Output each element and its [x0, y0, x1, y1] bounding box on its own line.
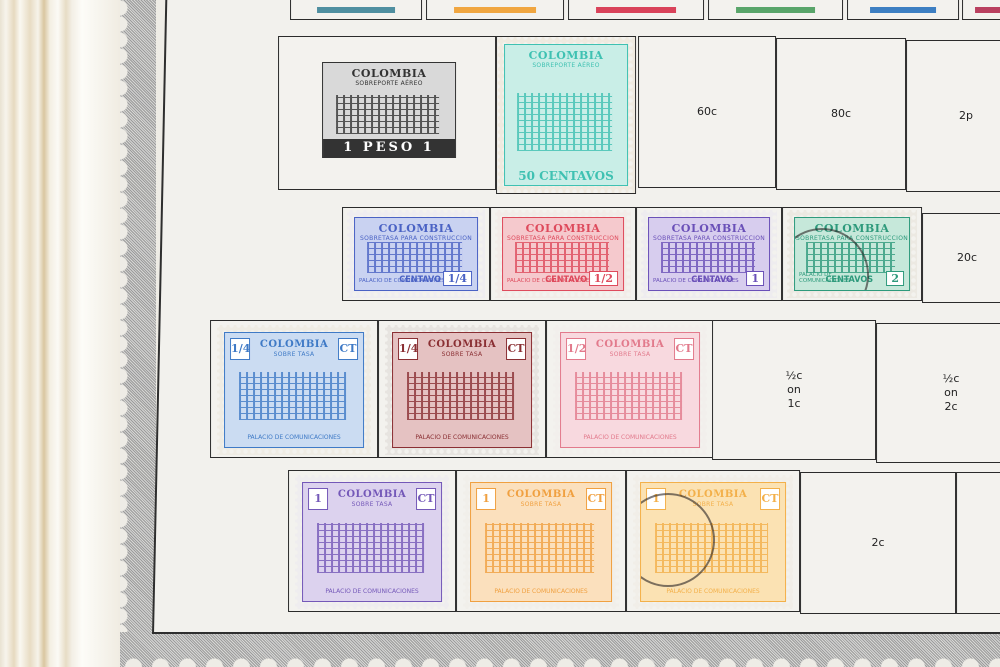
- stamp-design: COLOMBIASOBRE TASA1/2CTPALACIO DE COMUNI…: [560, 332, 700, 448]
- stamp-value-corner: 1: [308, 488, 328, 510]
- partial-stamp-fragment: [870, 7, 936, 13]
- top-row-partial-space: [426, 0, 564, 20]
- partial-stamp-fragment: [975, 7, 1000, 13]
- stamp-building-illustration: [661, 242, 755, 272]
- stamp-space: COLOMBIASOBRETASA PARA CONSTRUCCIONPALAC…: [636, 207, 782, 301]
- stamp-building-illustration: [239, 372, 347, 420]
- stamp-space: COLOMBIASOBRETASA PARA CONSTRUCCIONPALAC…: [782, 207, 922, 301]
- empty-stamp-space: 2c: [800, 472, 956, 614]
- stamp-building-illustration: [575, 372, 683, 420]
- stamp-caption: PALACIO DE COMUNICACIONES: [307, 588, 437, 595]
- stamp-value: 1/2: [589, 271, 618, 286]
- stamp-ct-corner: CT: [760, 488, 780, 510]
- stamp-value-corner: 1/2: [566, 338, 586, 360]
- empty-space-label: 2c: [872, 536, 885, 550]
- stamp[interactable]: COLOMBIASOBRETASA PARA CONSTRUCCIONPALAC…: [495, 210, 631, 298]
- stamp[interactable]: COLOMBIASOBREPORTE AÉREO1 PESO 1: [315, 55, 463, 165]
- stamp-building-illustration: [336, 95, 439, 135]
- page-border-pattern-bottom: [120, 632, 1000, 667]
- stamp-value-corner: 1: [476, 488, 496, 510]
- album-page-content: COLOMBIASOBREPORTE AÉREO1 PESO 1COLOMBIA…: [154, 0, 1000, 632]
- partial-stamp-fragment: [736, 7, 816, 13]
- stamp-ct-corner: CT: [506, 338, 526, 360]
- empty-stamp-space: [956, 472, 1000, 614]
- stamp-subtitle: SOBREPORTE AÉREO: [323, 80, 455, 87]
- stamp-caption: PALACIO DE COMUNICACIONES: [475, 588, 607, 595]
- stamp[interactable]: COLOMBIASOBRE TASA1/4CTPALACIO DE COMUNI…: [217, 325, 371, 455]
- stamp-value-corner: 1/4: [398, 338, 418, 360]
- stamp-building-illustration: [806, 242, 895, 272]
- empty-stamp-space: 2p: [906, 40, 1000, 192]
- stamp-subtitle: SOBRETASA PARA CONSTRUCCION: [649, 235, 769, 242]
- empty-space-label: 20c: [957, 251, 977, 265]
- stamp[interactable]: COLOMBIASOBRETASA PARA CONSTRUCCIONPALAC…: [641, 210, 777, 298]
- stamp-country-name: COLOMBIA: [503, 222, 623, 235]
- stamp-space: COLOMBIASOBRETASA PARA CONSTRUCCIONPALAC…: [342, 207, 490, 301]
- empty-stamp-space: 60c: [638, 36, 776, 188]
- stamp-space: COLOMBIASOBREPORTE AÉREO50 CENTAVOS: [496, 36, 636, 194]
- stamp-denomination: CENTAVO: [691, 275, 733, 285]
- stamp-space: COLOMBIASOBREPORTE AÉREO1 PESO 1: [278, 36, 496, 190]
- album-page: COLOMBIASOBREPORTE AÉREO1 PESO 1COLOMBIA…: [152, 0, 1000, 634]
- stamp-subtitle: SOBREPORTE AÉREO: [505, 62, 627, 69]
- stamp-country-name: COLOMBIA: [795, 222, 909, 235]
- stamp-building-illustration: [317, 523, 425, 573]
- stamp-ct-corner: CT: [586, 488, 606, 510]
- stamp-value: 1/4: [443, 271, 472, 286]
- stamp-value-band: 1 PESO 1: [323, 139, 455, 157]
- top-row-partial-space: [290, 0, 422, 20]
- partial-stamp-fragment: [596, 7, 676, 13]
- stamp-design: COLOMBIASOBRE TASA1/4CTPALACIO DE COMUNI…: [224, 332, 364, 448]
- stamp-denomination: CENTAVOS: [825, 275, 873, 285]
- top-row-partial-space: [708, 0, 843, 20]
- empty-space-label: 2p: [959, 109, 973, 123]
- stamp-building-illustration: [485, 523, 594, 573]
- empty-stamp-space: ½c on 1c: [712, 320, 876, 460]
- stamp-caption: PALACIO DE COMUNICACIONES: [645, 588, 781, 595]
- stamp[interactable]: COLOMBIASOBRE TASA1CTPALACIO DE COMUNICA…: [463, 475, 619, 609]
- stamp-country-name: COLOMBIA: [355, 222, 477, 235]
- page-border-pattern-left: [120, 0, 156, 667]
- stamp-design: COLOMBIASOBRETASA PARA CONSTRUCCIONPALAC…: [354, 217, 478, 291]
- empty-space-label: ½c on 1c: [786, 369, 803, 411]
- stamp-building-illustration: [407, 372, 515, 420]
- stamp[interactable]: COLOMBIASOBRE TASA1/4CTPALACIO DE COMUNI…: [385, 325, 539, 455]
- stamp-ct-corner: CT: [338, 338, 358, 360]
- stamp[interactable]: COLOMBIASOBRE TASA1/2CTPALACIO DE COMUNI…: [553, 325, 707, 455]
- stamp-space: COLOMBIASOBRE TASA1CTPALACIO DE COMUNICA…: [626, 470, 800, 612]
- stamp-design: COLOMBIASOBREPORTE AÉREO1 PESO 1: [322, 62, 456, 158]
- stamp[interactable]: COLOMBIASOBRE TASA1CTPALACIO DE COMUNICA…: [633, 475, 793, 609]
- stamp-space: COLOMBIASOBRE TASA1CTPALACIO DE COMUNICA…: [288, 470, 456, 612]
- stamp-space: COLOMBIASOBRETASA PARA CONSTRUCCIONPALAC…: [490, 207, 636, 301]
- stamp-ct-corner: CT: [674, 338, 694, 360]
- empty-space-label: ½c on 2c: [943, 372, 960, 414]
- top-row-partial-space: [568, 0, 704, 20]
- stamp-value: 1: [746, 271, 764, 286]
- stamp-caption: PALACIO DE COMUNICACIONES: [229, 434, 359, 441]
- stamp-subtitle: SOBRETASA PARA CONSTRUCCION: [355, 235, 477, 242]
- stamp-caption: PALACIO DE COMUNICACIONES: [565, 434, 695, 441]
- stamp-design: COLOMBIASOBREPORTE AÉREO50 CENTAVOS: [504, 44, 628, 186]
- partial-stamp-fragment: [317, 7, 395, 13]
- stamp-value-band: 50 CENTAVOS: [505, 167, 627, 185]
- stamp-design: COLOMBIASOBRETASA PARA CONSTRUCCIONPALAC…: [648, 217, 770, 291]
- stamp[interactable]: COLOMBIASOBREPORTE AÉREO50 CENTAVOS: [497, 37, 635, 193]
- stamp-country-name: COLOMBIA: [505, 49, 627, 62]
- stamp-building-illustration: [517, 93, 612, 152]
- stamp-design: COLOMBIASOBRE TASA1/4CTPALACIO DE COMUNI…: [392, 332, 532, 448]
- stamp-building-illustration: [367, 242, 462, 272]
- stamp-space: COLOMBIASOBRE TASA1/4CTPALACIO DE COMUNI…: [210, 320, 378, 458]
- empty-stamp-space: 20c: [922, 213, 1000, 303]
- stamp-value-corner: 1/4: [230, 338, 250, 360]
- empty-stamp-space: ½c on 2c: [876, 323, 1000, 463]
- top-row-partial-space: [962, 0, 1000, 20]
- stamp-space: COLOMBIASOBRE TASA1/4CTPALACIO DE COMUNI…: [378, 320, 546, 458]
- stamp[interactable]: COLOMBIASOBRETASA PARA CONSTRUCCIONPALAC…: [347, 210, 485, 298]
- stamp-denomination: CENTAVO: [545, 275, 587, 285]
- stamp-denomination: CENTAVO: [399, 275, 441, 285]
- empty-space-label: 60c: [697, 105, 717, 119]
- stamp-caption: PALACIO DE COMUNICACIONES: [397, 434, 527, 441]
- stamp-building-illustration: [515, 242, 609, 272]
- stamp-country-name: COLOMBIA: [323, 67, 455, 80]
- stamp-design: COLOMBIASOBRE TASA1CTPALACIO DE COMUNICA…: [470, 482, 612, 602]
- stamp-subtitle: SOBRETASA PARA CONSTRUCCION: [503, 235, 623, 242]
- top-row-partial-space: [847, 0, 959, 20]
- empty-space-label: 80c: [831, 107, 851, 121]
- stamp-design: COLOMBIASOBRETASA PARA CONSTRUCCIONPALAC…: [794, 217, 910, 291]
- stamp-ct-corner: CT: [416, 488, 436, 510]
- partial-stamp-fragment: [454, 7, 536, 13]
- stamp-space: COLOMBIASOBRE TASA1CTPALACIO DE COMUNICA…: [456, 470, 626, 612]
- stamp-design: COLOMBIASOBRE TASA1CTPALACIO DE COMUNICA…: [302, 482, 442, 602]
- stamp-building-illustration: [655, 523, 767, 573]
- stamp-subtitle: SOBRETASA PARA CONSTRUCCION: [795, 235, 909, 242]
- stamp-value-corner: 1: [646, 488, 666, 510]
- stamp[interactable]: COLOMBIASOBRETASA PARA CONSTRUCCIONPALAC…: [787, 210, 917, 298]
- stamp-country-name: COLOMBIA: [649, 222, 769, 235]
- empty-stamp-space: 80c: [776, 38, 906, 190]
- stamp[interactable]: COLOMBIASOBRE TASA1CTPALACIO DE COMUNICA…: [295, 475, 449, 609]
- stamp-space: COLOMBIASOBRE TASA1/2CTPALACIO DE COMUNI…: [546, 320, 714, 458]
- stamp-design: COLOMBIASOBRE TASA1CTPALACIO DE COMUNICA…: [640, 482, 786, 602]
- stamp-design: COLOMBIASOBRETASA PARA CONSTRUCCIONPALAC…: [502, 217, 624, 291]
- stamp-value: 2: [886, 271, 904, 286]
